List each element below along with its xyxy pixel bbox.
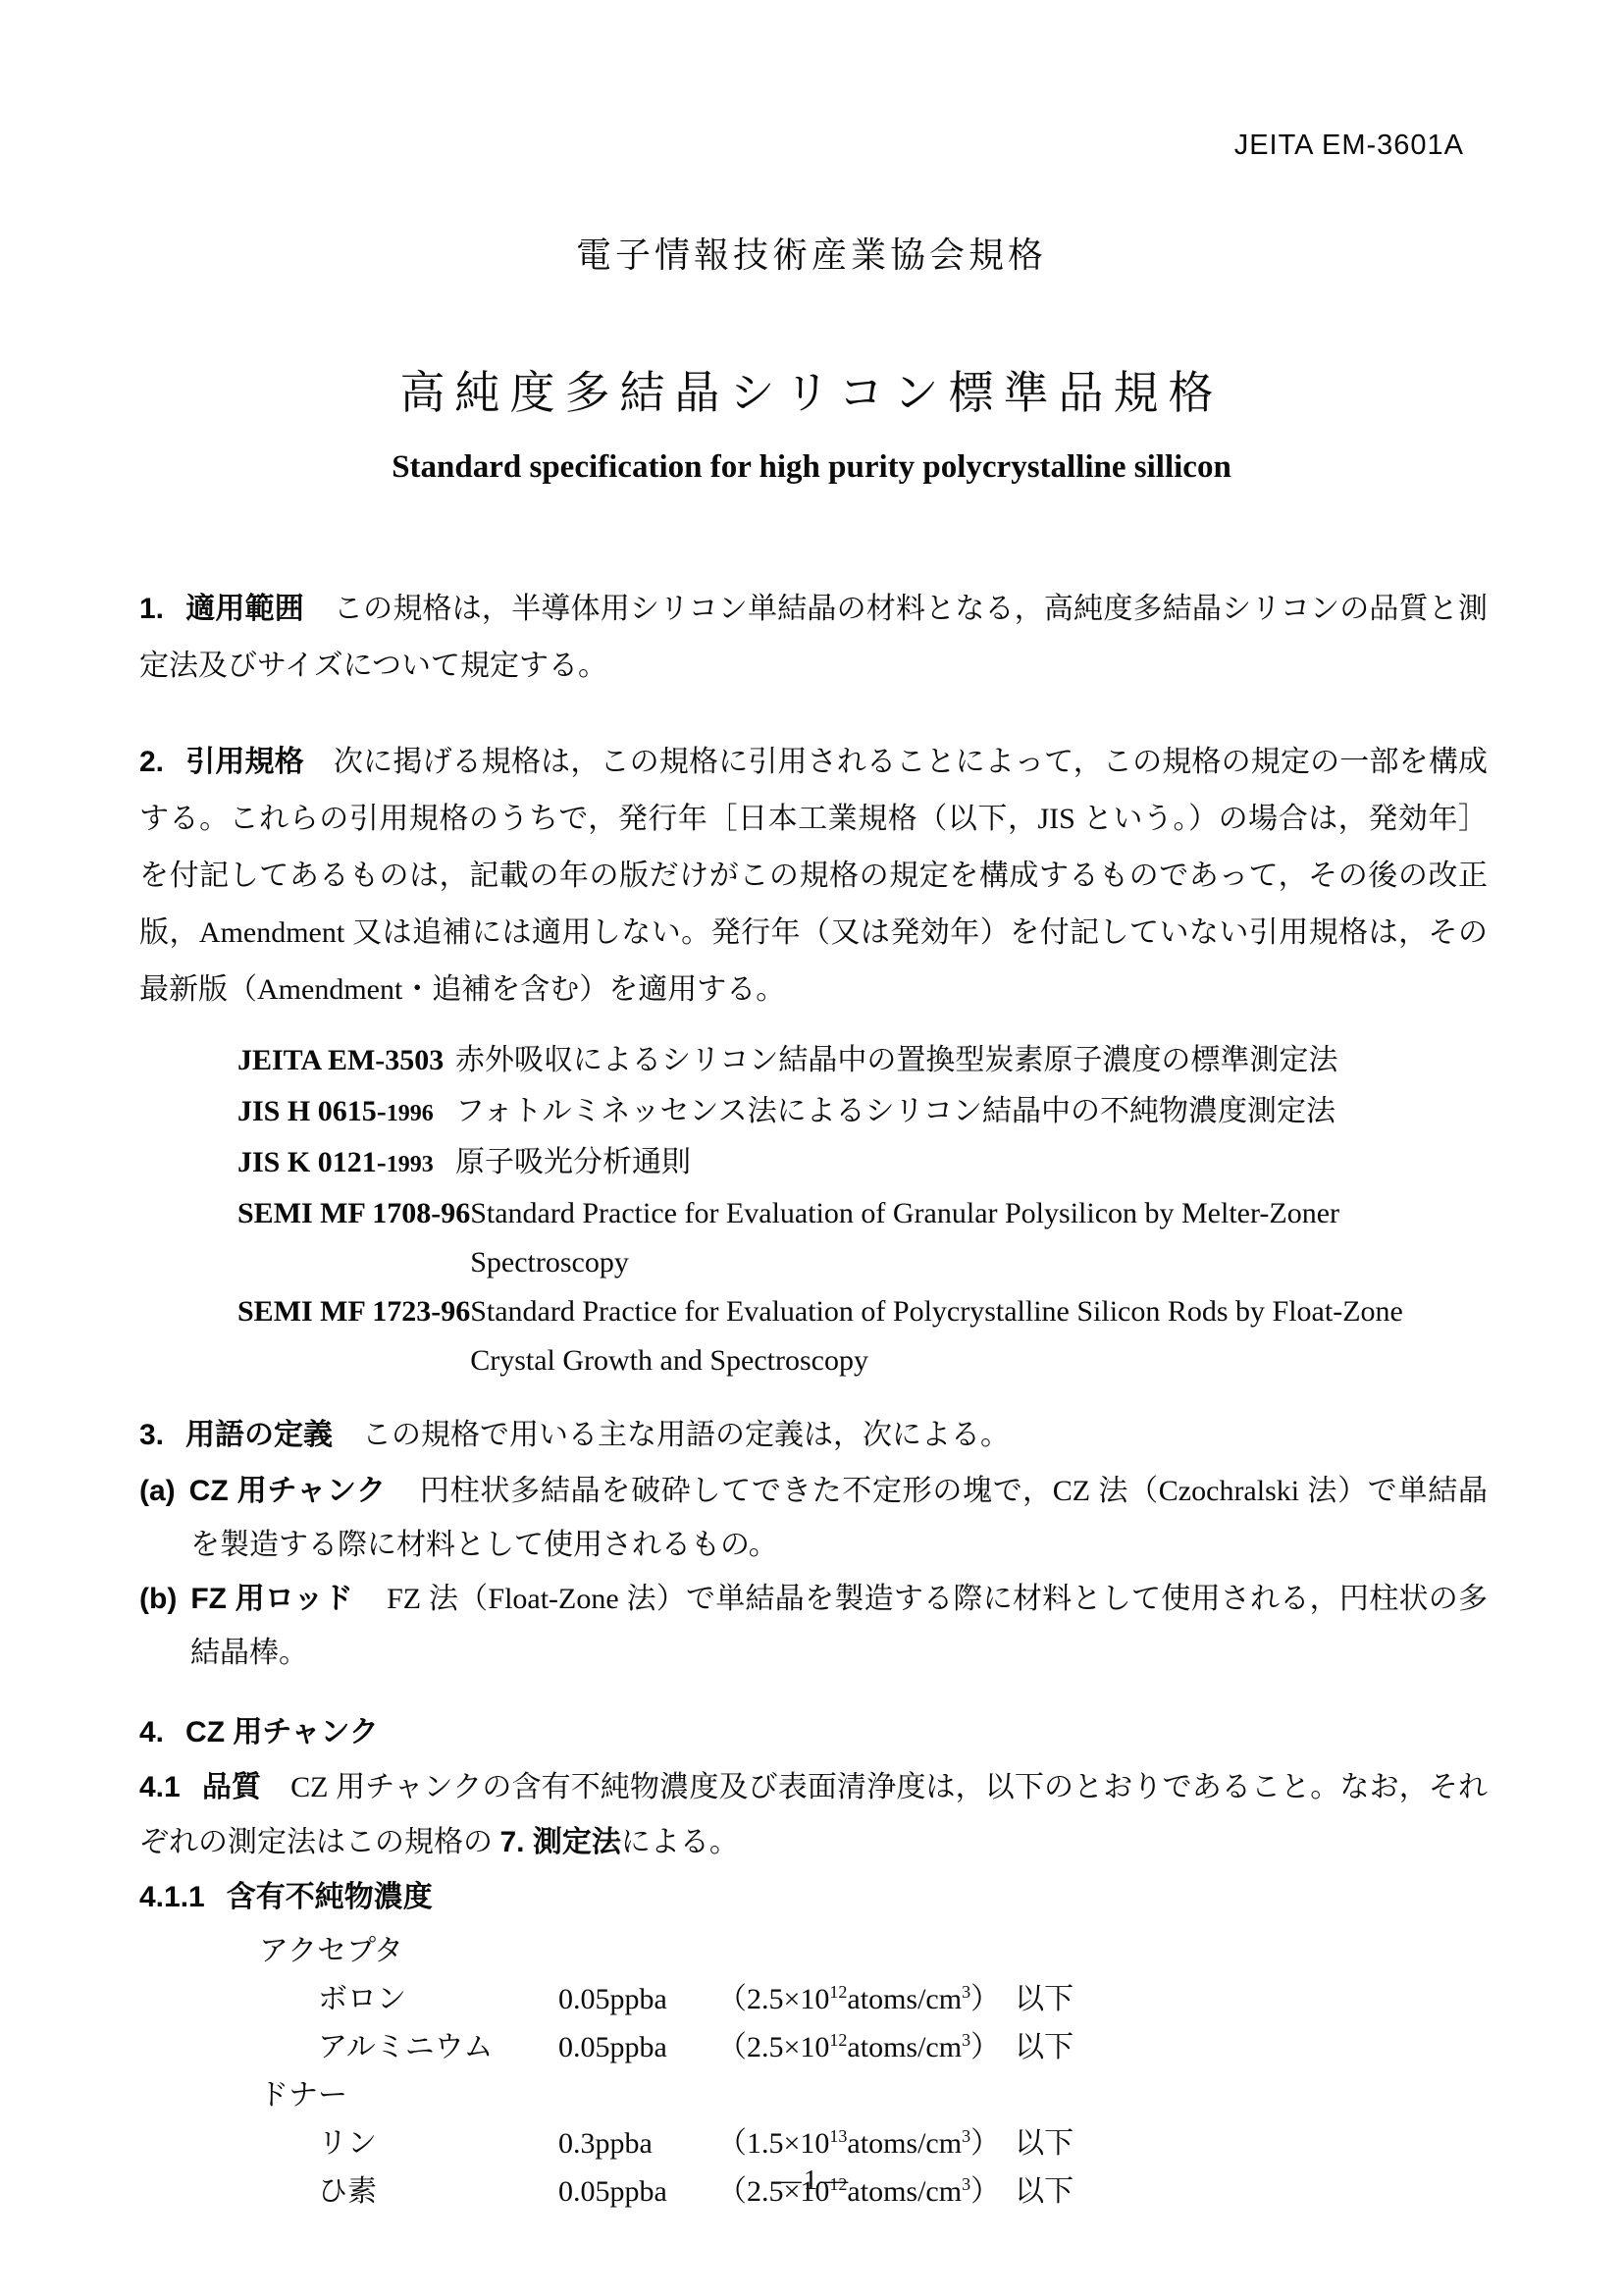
subsection-quality-bold-ref: 7. 測定法 [500,1826,621,1858]
subsection-quality-heading: 品質 [202,1771,261,1803]
reference-code-year: 1996 [387,1101,434,1126]
conc-unit-exponent: 3 [962,2030,970,2050]
reference-desc: Standard Practice for Evaluation of Gran… [470,1189,1488,1287]
document-body: 1.適用範囲この規格は，半導体用シリコン単結晶の材料となる，高純度多結晶シリコン… [139,581,1488,2216]
reference-code: JIS H 0615-1996 [237,1087,455,1138]
section-terms-text: この規格で用いる主な用語の定義は，次による。 [362,1419,1010,1451]
page-number: —1— [0,2165,1623,2197]
conc-prefix: （1.5×10 [717,2127,829,2160]
impurity-value: 0.3ppba [558,2119,717,2167]
definition-term: CZ 用チャンク [189,1475,387,1507]
section-cz-number: 4. [139,1716,164,1748]
reference-item: JIS H 0615-1996 フォトルミネッセンス法によるシリコン結晶中の不純… [237,1087,1488,1138]
reference-code: JIS K 0121-1993 [237,1138,455,1189]
reference-code: SEMI MF 1723-96 [237,1287,470,1338]
definition-term: FZ 用ロッド [190,1583,353,1615]
section-cz-title: CZ 用チャンク [185,1716,379,1748]
org-title: 電子情報技術産業協会規格 [0,228,1623,278]
conc-unit-exponent: 3 [962,1982,970,2002]
section-references: 2.引用規格次に掲げる規格は，この規格に引用されることによって，この規格の規定の… [139,734,1488,1018]
definition-text: FZ 法（Float-Zone 法）で単結晶を製造する際に材料として使用される，… [190,1583,1488,1669]
conc-exponent: 13 [829,2126,847,2146]
impurity-concentration: （1.5×1013atoms/cm3） 以下 [717,2119,1488,2167]
subsection-quality-number: 4.1 [139,1771,181,1803]
conc-unit-exponent: 3 [962,2126,970,2146]
reference-code-main: JEITA EM-3503 [237,1044,444,1076]
definition-label: (a) [139,1475,176,1507]
reference-item: SEMI MF 1708-96 Standard Practice for Ev… [237,1189,1488,1287]
impurity-name: リン [318,2119,558,2167]
impurity-value: 0.05ppba [558,2023,717,2071]
reference-code-main: SEMI MF 1708-96 [237,1197,470,1229]
subsection-quality: 4.1品質CZ 用チャンクの含有不純物濃度及び表面清浄度は，以下のとおりであるこ… [139,1760,1488,1870]
reference-code-main: JIS K 0121- [237,1146,387,1178]
impurity-group-donor: ドナー [259,2071,1488,2119]
impurity-row-aluminum: アルミニウム 0.05ppba （2.5×1012atoms/cm3） 以下 [318,2023,1488,2071]
section-references-heading: 引用規格 [185,746,304,778]
impurity-row-boron: ボロン 0.05ppba （2.5×1012atoms/cm3） 以下 [318,1975,1488,2023]
reference-code: JEITA EM-3503 [237,1036,455,1087]
impurity-concentration: （2.5×1012atoms/cm3） 以下 [717,1975,1488,2023]
definition-item-cz: (a)CZ 用チャンク円柱状多結晶を破砕してできた不定形の塊で，CZ 法（Czo… [139,1464,1488,1572]
conc-exponent: 12 [829,2030,847,2050]
document-title-ja: 高純度多結晶シリコン標準品規格 [0,357,1623,422]
definition-item-fz: (b)FZ 用ロッドFZ 法（Float-Zone 法）で単結晶を製造する際に材… [139,1572,1488,1680]
section-scope: 1.適用範囲この規格は，半導体用シリコン単結晶の材料となる，高純度多結晶シリコン… [139,581,1488,695]
section-references-number: 2. [139,746,164,778]
reference-desc: Standard Practice for Evaluation of Poly… [470,1287,1488,1385]
conc-prefix: （2.5×10 [717,2031,829,2063]
conc-unit: atoms/cm [847,2127,962,2160]
impurity-value: 0.05ppba [558,1975,717,2023]
section-scope-text: この規格は，半導体用シリコン単結晶の材料となる，高純度多結晶シリコンの品質と測定… [139,593,1488,682]
impurity-row-phosphorus: リン 0.3ppba （1.5×1013atoms/cm3） 以下 [318,2119,1488,2167]
section-terms-heading: 用語の定義 [185,1419,333,1451]
conc-suffix: ） 以下 [970,2127,1073,2160]
subsection-quality-text: CZ 用チャンクの含有不純物濃度及び表面清浄度は，以下のとおりであること。なお，… [139,1771,1488,1858]
subsection-impurity-heading: 4.1.1含有不純物濃度 [139,1870,1488,1925]
section-scope-number: 1. [139,593,164,625]
subsection-impurity-title: 含有不純物濃度 [227,1881,433,1913]
section-terms: 3.用語の定義この規格で用いる主な用語の定義は，次による。 [139,1407,1488,1464]
subsection-quality-text-end: による。 [621,1826,739,1858]
impurity-group-acceptor: アクセプタ [259,1927,1488,1975]
conc-exponent: 12 [829,1982,847,2002]
conc-unit: atoms/cm [847,1983,962,2015]
reference-desc: 原子吸光分析通則 [455,1138,1488,1187]
impurity-name: アルミニウム [318,2023,558,2071]
document-page: JEITA EM-3601A 電子情報技術産業協会規格 高純度多結晶シリコン標準… [0,0,1623,2296]
reference-code-main: JIS H 0615- [237,1095,387,1127]
section-references-text: 次に掲げる規格は，この規格に引用されることによって，この規格の規定の一部を構成す… [139,746,1488,1006]
conc-unit: atoms/cm [847,2031,962,2063]
subsection-impurity-number: 4.1.1 [139,1881,205,1913]
impurity-name: ボロン [318,1975,558,2023]
reference-code: SEMI MF 1708-96 [237,1189,470,1240]
reference-list: JEITA EM-3503 赤外吸収によるシリコン結晶中の置換型炭素原子濃度の標… [237,1036,1488,1385]
doc-number: JEITA EM-3601A [1234,130,1464,162]
reference-item: JEITA EM-3503 赤外吸収によるシリコン結晶中の置換型炭素原子濃度の標… [237,1036,1488,1087]
reference-item: SEMI MF 1723-96 Standard Practice for Ev… [237,1287,1488,1385]
conc-prefix: （2.5×10 [717,1983,829,2015]
reference-code-year: 1993 [387,1152,434,1177]
reference-code-main: SEMI MF 1723-96 [237,1295,470,1328]
document-title-en: Standard specification for high purity p… [0,449,1623,486]
section-cz-chunk-heading: 4.CZ 用チャンク [139,1705,1488,1760]
impurity-concentration: （2.5×1012atoms/cm3） 以下 [717,2023,1488,2071]
section-scope-heading: 適用範囲 [185,593,304,625]
section-terms-number: 3. [139,1419,164,1451]
reference-desc: フォトルミネッセンス法によるシリコン結晶中の不純物濃度測定法 [455,1087,1488,1136]
reference-desc: 赤外吸収によるシリコン結晶中の置換型炭素原子濃度の標準測定法 [455,1036,1488,1085]
conc-suffix: ） 以下 [970,2031,1073,2063]
conc-suffix: ） 以下 [970,1983,1073,2015]
definition-label: (b) [139,1583,177,1615]
reference-item: JIS K 0121-1993 原子吸光分析通則 [237,1138,1488,1189]
